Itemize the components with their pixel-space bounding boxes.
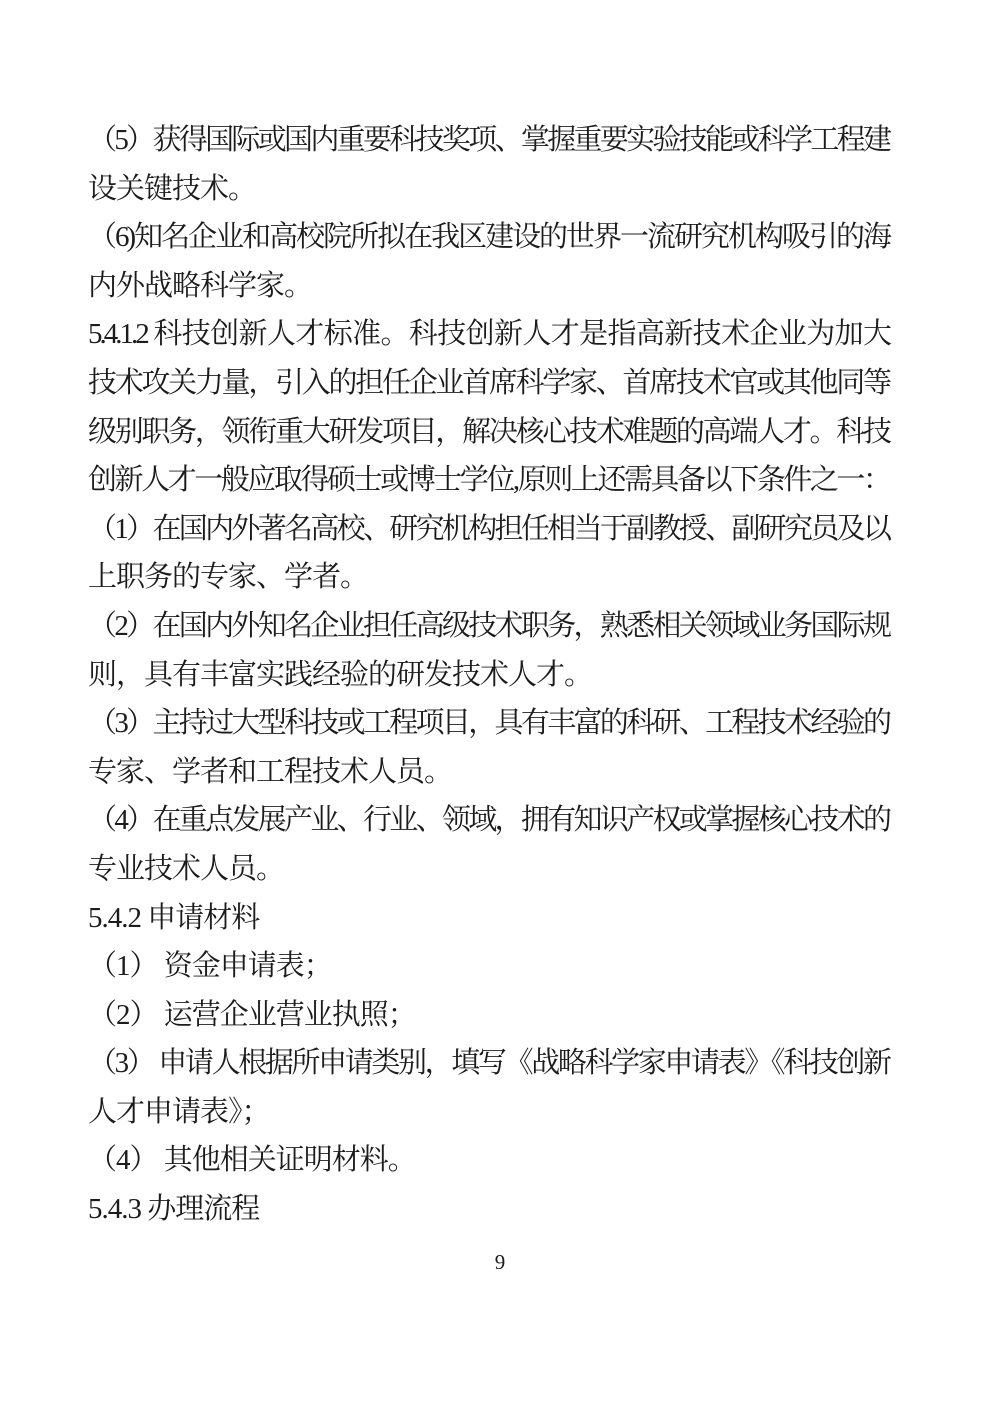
document-text: （5）获得国际或国内重要科技奖项、掌握重要实验技能或科学工程建设关键技术。（6)… bbox=[88, 116, 889, 1234]
page-number: 9 bbox=[0, 1248, 1000, 1276]
text-line: 创新人才一般应取得硕士或博士学位,原则上还需具备以下条件之一： bbox=[88, 456, 889, 505]
text-line: 人才申请表》； bbox=[88, 1088, 889, 1137]
text-line: （2）在国内外知名企业担任高级技术职务，熟悉相关领域业务国际规 bbox=[88, 602, 889, 651]
text-line: 上职务的专家、学者。 bbox=[88, 553, 889, 602]
text-line: 内外战略科学家。 bbox=[88, 262, 889, 311]
text-line: （4） 其他相关证明材料。 bbox=[88, 1136, 889, 1185]
text-line: 5.4.2 申请材料 bbox=[88, 894, 889, 943]
text-line: （1）在国内外著名高校、研究机构担任相当于副教授、副研究员及以 bbox=[88, 505, 889, 554]
text-line: （6)知名企业和高校院所拟在我区建设的世界一流研究机构吸引的海 bbox=[88, 213, 889, 262]
text-line: 5.4.3 办理流程 bbox=[88, 1185, 889, 1234]
text-line: 技术攻关力量，引入的担任企业首席科学家、首席技术官或其他同等 bbox=[88, 359, 889, 408]
text-line: 级别职务，领衔重大研发项目，解决核心技术难题的高端人才。科技 bbox=[88, 408, 889, 457]
text-line: （2） 运营企业营业执照； bbox=[88, 991, 889, 1040]
text-line: 则，具有丰富实践经验的研发技术人才。 bbox=[88, 651, 889, 700]
text-line: 5.4.1.2 科技创新人才标准。科技创新人才是指高新技术企业为加大 bbox=[88, 310, 889, 359]
text-line: 专家、学者和工程技术人员。 bbox=[88, 748, 889, 797]
text-line: 设关键技术。 bbox=[88, 165, 889, 214]
document-page: （5）获得国际或国内重要科技奖项、掌握重要实验技能或科学工程建设关键技术。（6)… bbox=[0, 0, 1000, 1413]
text-line: （3）主持过大型科技或工程项目，具有丰富的科研、工程技术经验的 bbox=[88, 699, 889, 748]
text-line: （1） 资金申请表； bbox=[88, 942, 889, 991]
text-line: （3） 申请人根据所申请类别，填写《战略科学家申请表》《科技创新 bbox=[88, 1039, 889, 1088]
text-line: 专业技术人员。 bbox=[88, 845, 889, 894]
text-line: （4）在重点发展产业、行业、领域，拥有知识产权或掌握核心技术的 bbox=[88, 796, 889, 845]
text-line: （5）获得国际或国内重要科技奖项、掌握重要实验技能或科学工程建 bbox=[88, 116, 889, 165]
